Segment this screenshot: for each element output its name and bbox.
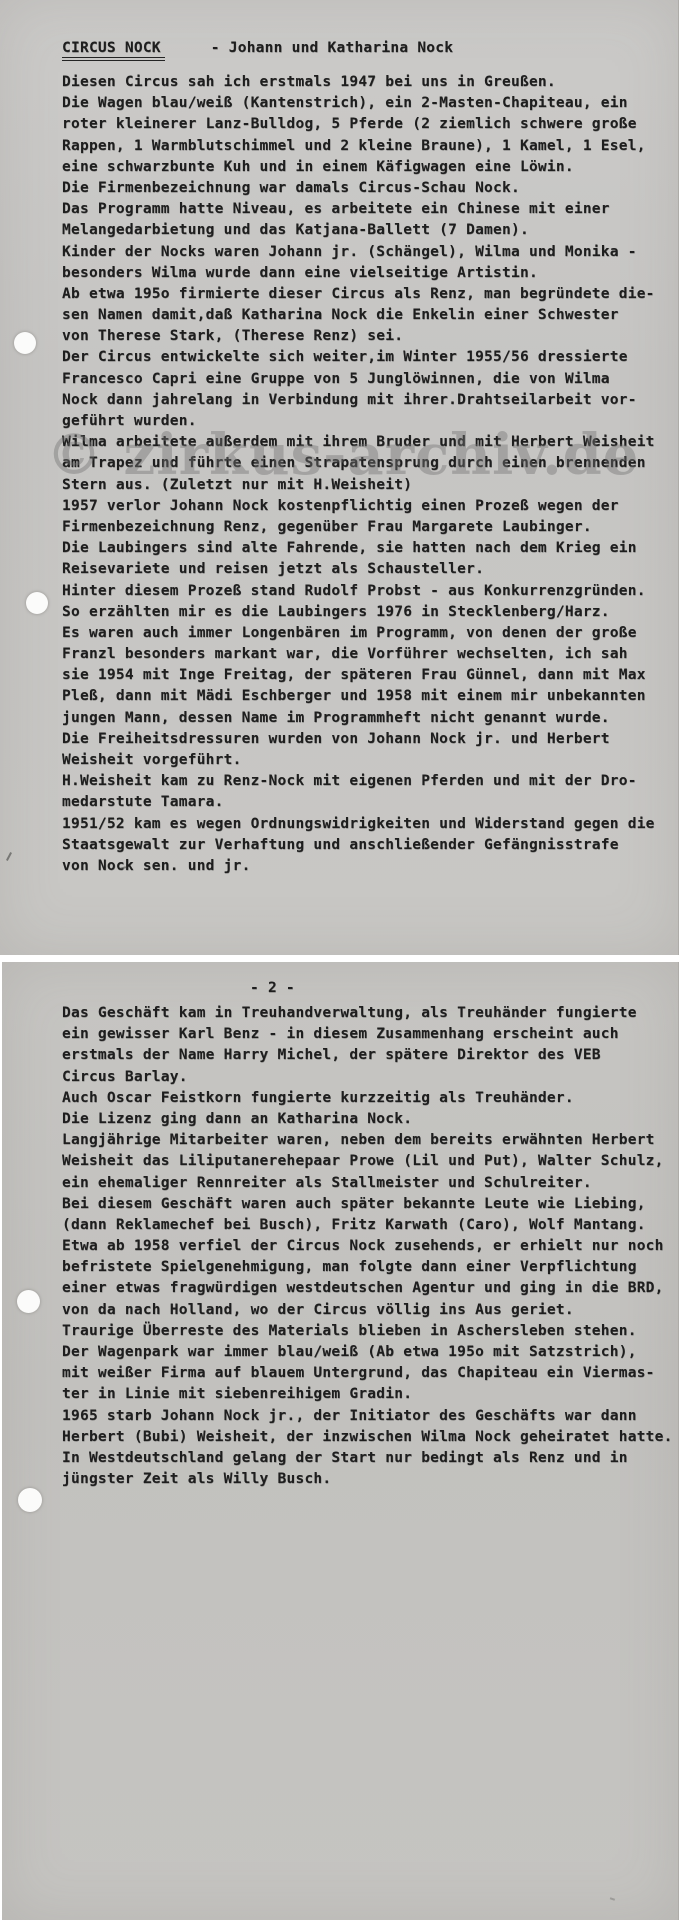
title-circus-nock: CIRCUS NOCK <box>62 40 165 61</box>
text-line: jungen Mann, dessen Name im Programmheft… <box>62 708 655 729</box>
text-line: sen Namen damit,daß Katharina Nock die E… <box>62 305 655 326</box>
text-line: Hinter diesem Prozeß stand Rudolf Probst… <box>62 581 655 602</box>
text-line: Es waren auch immer Longenbären im Progr… <box>62 623 655 644</box>
text-line: roter kleinerer Lanz-Bulldog, 5 Pferde (… <box>62 114 655 135</box>
text-line: Ab etwa 195o firmierte dieser Circus als… <box>62 284 655 305</box>
text-line: sie 1954 mit Inge Freitag, der späteren … <box>62 665 655 686</box>
text-line: Rappen, 1 Warmblutschimmel und 2 kleine … <box>62 136 655 157</box>
text-line: 1957 verlor Johann Nock kostenpflichtig … <box>62 496 655 517</box>
text-line: Das Geschäft kam in Treuhandverwaltung, … <box>62 1003 673 1024</box>
text-line: Die Laubingers sind alte Fahrende, sie h… <box>62 538 655 559</box>
document-title: CIRCUS NOCK- Johann und Katharina Nock <box>62 40 453 56</box>
text-line: Langjährige Mitarbeiter waren, neben dem… <box>62 1130 673 1151</box>
text-line: von da nach Holland, wo der Circus völli… <box>62 1300 673 1321</box>
text-line: Nock dann jahrelang in Verbindung mit ih… <box>62 390 655 411</box>
text-line: geführt wurden. <box>62 411 655 432</box>
text-line: Diesen Circus sah ich erstmals 1947 bei … <box>62 72 655 93</box>
text-line: von Therese Stark, (Therese Renz) sei. <box>62 326 655 347</box>
text-line: am Trapez und führte einen Strapatenspru… <box>62 453 655 474</box>
text-line: Stern aus. (Zuletzt nur mit H.Weisheit) <box>62 475 655 496</box>
text-line: Reisevariete und reisen jetzt als Schaus… <box>62 559 655 580</box>
punch-hole <box>26 592 48 614</box>
text-line: von Nock sen. und jr. <box>62 856 655 877</box>
text-line: So erzählten mir es die Laubingers 1976 … <box>62 602 655 623</box>
page-1-text: Diesen Circus sah ich erstmals 1947 bei … <box>62 72 655 877</box>
text-line: Etwa ab 1958 verfiel der Circus Nock zus… <box>62 1236 673 1257</box>
punch-hole <box>14 332 36 354</box>
text-line: erstmals der Name Harry Michel, der spät… <box>62 1045 673 1066</box>
page-number: - 2 - <box>250 980 295 996</box>
page-1: CIRCUS NOCK- Johann und Katharina Nock D… <box>0 0 679 955</box>
text-line: Der Circus entwickelte sich weiter,im Wi… <box>62 347 655 368</box>
title-subject: - Johann und Katharina Nock <box>211 40 453 56</box>
text-line: jüngster Zeit als Willy Busch. <box>62 1469 673 1490</box>
text-line: H.Weisheit kam zu Renz-Nock mit eigenen … <box>62 771 655 792</box>
text-line: Melangedarbietung und das Katjana-Ballet… <box>62 220 655 241</box>
punch-hole <box>17 1290 40 1313</box>
page-2: - 2 - Das Geschäft kam in Treuhandverwal… <box>2 962 679 1920</box>
punch-hole <box>18 1488 42 1512</box>
text-line: Firmenbezeichnung Renz, gegenüber Frau M… <box>62 517 655 538</box>
text-line: Weisheit vorgeführt. <box>62 750 655 771</box>
text-line: Die Freiheitsdressuren wurden von Johann… <box>62 729 655 750</box>
text-line: Das Programm hatte Niveau, es arbeitete … <box>62 199 655 220</box>
text-line: Circus Barlay. <box>62 1067 673 1088</box>
text-line: Die Firmenbezeichnung war damals Circus-… <box>62 178 655 199</box>
text-line: befristete Spielgenehmigung, man folgte … <box>62 1257 673 1278</box>
text-line: Der Wagenpark war immer blau/weiß (Ab et… <box>62 1342 673 1363</box>
text-line: Traurige Überreste des Materials blieben… <box>62 1321 673 1342</box>
text-line: 1951/52 kam es wegen Ordnungswidrigkeite… <box>62 814 655 835</box>
text-line: Die Lizenz ging dann an Katharina Nock. <box>62 1109 673 1130</box>
text-line: (dann Reklamechef bei Busch), Fritz Karw… <box>62 1215 673 1236</box>
text-line: Staatsgewalt zur Verhaftung und anschlie… <box>62 835 655 856</box>
text-line: ein gewisser Karl Benz - in diesem Zusam… <box>62 1024 673 1045</box>
text-line: einer etwas fragwürdigen westdeutschen A… <box>62 1278 673 1299</box>
text-line: Franzl besonders markant war, die Vorfüh… <box>62 644 655 665</box>
text-line: ein ehemaliger Rennreiter als Stallmeist… <box>62 1173 673 1194</box>
text-line: medarstute Tamara. <box>62 792 655 813</box>
text-line: Francesco Capri eine Gruppe von 5 Junglö… <box>62 369 655 390</box>
text-line: Wilma arbeitete außerdem mit ihrem Brude… <box>62 432 655 453</box>
text-line: Weisheit das Liliputanerehepaar Prowe (L… <box>62 1151 673 1172</box>
text-line: eine schwarzbunte Kuh und in einem Käfig… <box>62 157 655 178</box>
text-line: ter in Linie mit siebenreihigem Gradin. <box>62 1384 673 1405</box>
page-2-text: Das Geschäft kam in Treuhandverwaltung, … <box>62 1003 673 1490</box>
text-line: Herbert (Bubi) Weisheit, der inzwischen … <box>62 1427 673 1448</box>
text-line: besonders Wilma wurde dann eine vielseit… <box>62 263 655 284</box>
text-line: Pleß, dann mit Mädi Eschberger und 1958 … <box>62 686 655 707</box>
text-line: Auch Oscar Feistkorn fungierte kurzzeiti… <box>62 1088 673 1109</box>
text-line: Die Wagen blau/weiß (Kantenstrich), ein … <box>62 93 655 114</box>
text-line: Bei diesem Geschäft waren auch später be… <box>62 1194 673 1215</box>
text-line: 1965 starb Johann Nock jr., der Initiato… <box>62 1406 673 1427</box>
text-line: mit weißer Firma auf blauem Untergrund, … <box>62 1363 673 1384</box>
text-line: In Westdeutschland gelang der Start nur … <box>62 1448 673 1469</box>
text-line: Kinder der Nocks waren Johann jr. (Schän… <box>62 242 655 263</box>
scanned-document: CIRCUS NOCK- Johann und Katharina Nock D… <box>0 0 700 1920</box>
